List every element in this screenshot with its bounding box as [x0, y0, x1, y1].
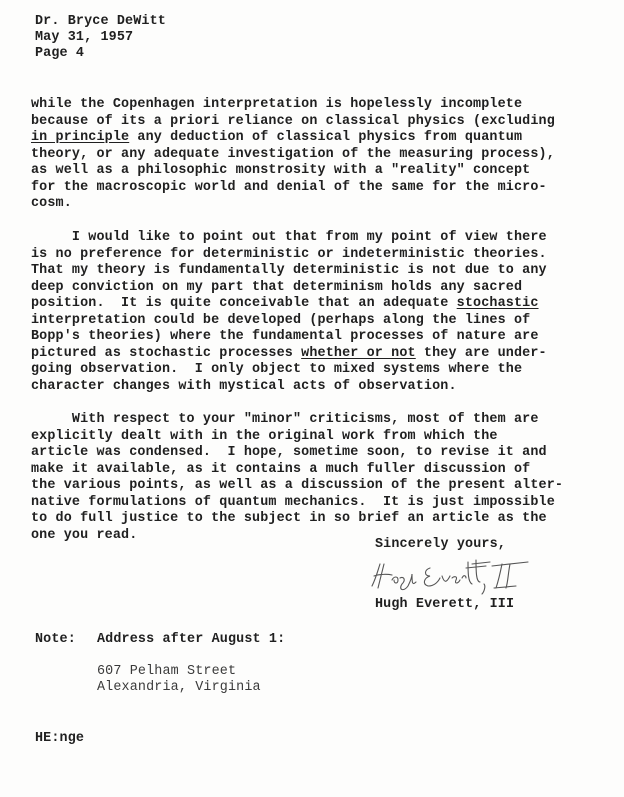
body-line: theory, or any adequate investigation of…: [31, 147, 555, 164]
body-line: to do full justice to the subject in so …: [31, 511, 547, 528]
body-line: because of its a priori reliance on clas…: [31, 114, 555, 131]
body-line: interpretation could be developed (perha…: [31, 313, 530, 330]
body-line: going observation. I only object to mixe…: [31, 362, 522, 379]
body-line: while the Copenhagen interpretation is h…: [31, 97, 522, 114]
body-line: With respect to your "minor" criticisms,…: [31, 412, 539, 429]
header-recipient: Dr. Bryce DeWitt: [35, 14, 166, 31]
body-line: article was condensed. I hope, sometime …: [31, 445, 547, 462]
body-line: cosm.: [31, 196, 72, 213]
address-line-2: Alexandria, Virginia: [97, 680, 261, 697]
body-line: deep conviction on my part that determin…: [31, 280, 522, 297]
note-text: Address after August 1:: [97, 632, 285, 649]
body-line: I would like to point out that from my p…: [31, 230, 547, 247]
body-line: character changes with mystical acts of …: [31, 379, 457, 396]
underlined-emphasis: stochastic: [457, 296, 539, 311]
body-line: as well as a philosophic monstrosity wit…: [31, 163, 530, 180]
valediction: Sincerely yours,: [375, 537, 506, 554]
body-line: the various points, as well as a discuss…: [31, 478, 563, 495]
body-line: make it available, as it contains a much…: [31, 462, 530, 479]
underlined-emphasis: in principle: [31, 130, 129, 145]
body-line: one you read.: [31, 528, 137, 545]
underlined-emphasis: whether or not: [301, 346, 416, 361]
body-line: explicitly dealt with in the original wo…: [31, 429, 498, 446]
header-date: May 31, 1957: [35, 30, 133, 47]
body-line: Bopp's theories) where the fundamental p…: [31, 329, 539, 346]
reference-initials: HE:nge: [35, 731, 84, 748]
note-label: Note:: [35, 632, 76, 649]
body-line: is no preference for deterministic or in…: [31, 247, 547, 264]
handwritten-signature: [368, 556, 538, 596]
body-line: for the macroscopic world and denial of …: [31, 180, 547, 197]
letter-page: Dr. Bryce DeWitt May 31, 1957 Page 4 whi…: [0, 0, 624, 797]
body-line: native formulations of quantum mechanics…: [31, 495, 555, 512]
body-line: That my theory is fundamentally determin…: [31, 263, 547, 280]
typed-signature-name: Hugh Everett, III: [375, 597, 514, 614]
body-line: position. It is quite conceivable that a…: [31, 296, 539, 313]
body-line: pictured as stochastic processes whether…: [31, 346, 547, 363]
address-line-1: 607 Pelham Street: [97, 664, 236, 681]
body-line: in principle any deduction of classical …: [31, 130, 522, 147]
header-page-number: Page 4: [35, 46, 84, 63]
